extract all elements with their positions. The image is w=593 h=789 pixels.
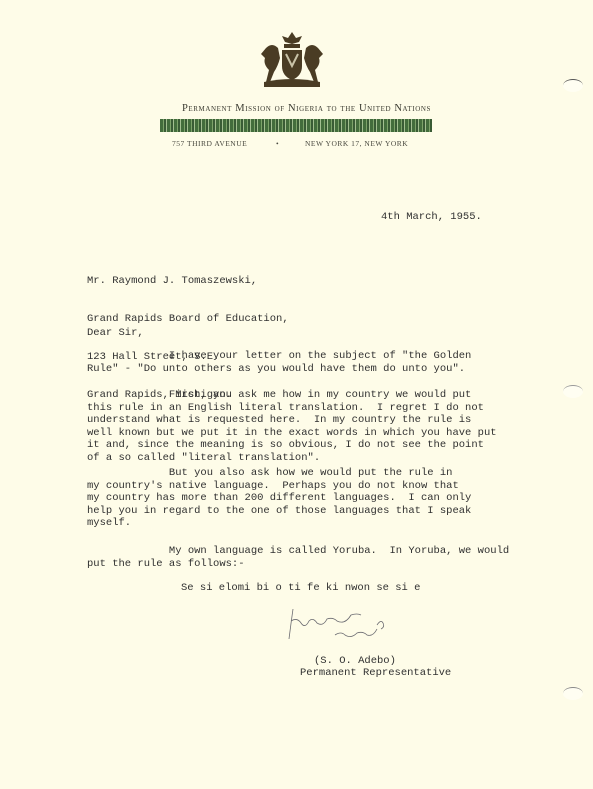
handwritten-signature — [285, 605, 415, 655]
address-separator: • — [276, 139, 279, 148]
recipient-line: Grand Rapids Board of Education, — [87, 313, 289, 326]
letter-date: 4th March, 1955. — [381, 211, 482, 224]
salutation: Dear Sir, — [87, 327, 144, 340]
letter-page: Permanent Mission of Nigeria to the Unit… — [0, 0, 593, 789]
organization-name: Permanent Mission of Nigeria to the Unit… — [0, 103, 593, 114]
recipient-line: Mr. Raymond J. Tomaszewski, — [87, 275, 289, 288]
yoruba-rule: Se si elomi bi o ti fe ki nwon se si e — [181, 582, 420, 595]
address-city: NEW YORK 17, NEW YORK — [305, 139, 408, 148]
address-street: 757 THIRD AVENUE — [172, 139, 247, 148]
signatory-title: Permanent Representative — [300, 667, 451, 680]
coat-of-arms-icon — [258, 30, 326, 90]
punch-hole — [563, 687, 583, 700]
punch-hole — [563, 79, 583, 92]
letterhead-decorative-band — [160, 119, 432, 132]
signatory-name: (S. O. Adebo) — [314, 655, 396, 668]
punch-hole — [563, 385, 583, 398]
paragraph-native-language: But you also ask how we would put the ru… — [87, 467, 471, 530]
paragraph-golden-rule: I have your letter on the subject of "th… — [87, 350, 471, 375]
paragraph-literal-translation: First, you ask me how in my country we w… — [87, 389, 497, 465]
paragraph-yoruba: My own language is called Yoruba. In Yor… — [87, 545, 509, 570]
